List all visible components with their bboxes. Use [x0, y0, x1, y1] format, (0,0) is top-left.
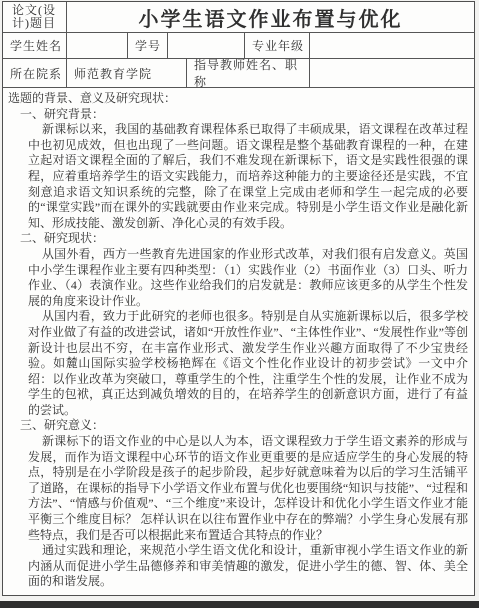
major-grade-field [310, 33, 474, 58]
proposal-form-sheet: 论文(设 计)题目 小学生语文作业布置与优化 学生姓名 学号 专业年级 所在院系… [2, 1, 475, 596]
advisor-label: 指导教师姓名、职称 [187, 59, 310, 87]
thesis-title: 小学生语文作业布置与优化 [139, 3, 403, 32]
advisor-field [310, 59, 474, 87]
department-label: 所在院系 [3, 59, 67, 87]
department-value: 师范教育学院 [67, 59, 187, 87]
section-label: 选题的背景、意义及研究现状： [8, 91, 468, 107]
body-heading: 二、研究现状： [20, 231, 468, 247]
header-row-title: 论文(设 计)题目 小学生语文作业布置与优化 [3, 2, 474, 33]
body-paragraph: 新课标以来，我国的基础教育课程体系已取得了丰硕成果，语文课程在改革过程中也初见成… [28, 122, 468, 231]
major-grade-label: 专业年级 [245, 33, 310, 58]
body-paragraph: 通过实践和理论，来规范小学生语文优化和设计，重新审视小学生语文作业的新内涵从而促… [28, 543, 468, 590]
body-blocks: 一、研究背景：新课标以来，我国的基础教育课程体系已取得了丰硕成果，语文课程在改革… [8, 107, 468, 590]
scan-edge-bar [0, 601, 479, 608]
body-heading: 三、研究意义： [20, 418, 468, 434]
student-id-field [168, 33, 245, 58]
thesis-title-label-line2: 计)题目 [12, 17, 56, 30]
body-paragraph: 从国外看，西方一些教育先进国家的作业形式改革，对我们很有启发意义。英国中小学生课… [28, 247, 468, 309]
header-row-department: 所在院系 师范教育学院 指导教师姓名、职称 [3, 59, 474, 88]
header-row-student: 学生姓名 学号 专业年级 [3, 33, 474, 59]
topic-background-section: 选题的背景、意义及研究现状： 一、研究背景：新课标以来，我国的基础教育课程体系已… [3, 88, 474, 593]
body-paragraph: 新课标下的语文作业的中心是以人为本，语文课程致力于学生语文素养的形成与发展，而作… [28, 434, 468, 543]
thesis-title-label-cell: 论文(设 计)题目 [3, 2, 67, 32]
body-paragraph: 从国内看，致力于此研究的老师也很多。特别是自从实施新课标以后，很多学校对作业做了… [28, 309, 468, 418]
student-name-field [67, 33, 128, 58]
thesis-title-cell: 小学生语文作业布置与优化 [67, 2, 474, 32]
body-heading: 一、研究背景： [20, 107, 468, 123]
student-name-label: 学生姓名 [3, 33, 67, 58]
student-id-label: 学号 [128, 33, 168, 58]
